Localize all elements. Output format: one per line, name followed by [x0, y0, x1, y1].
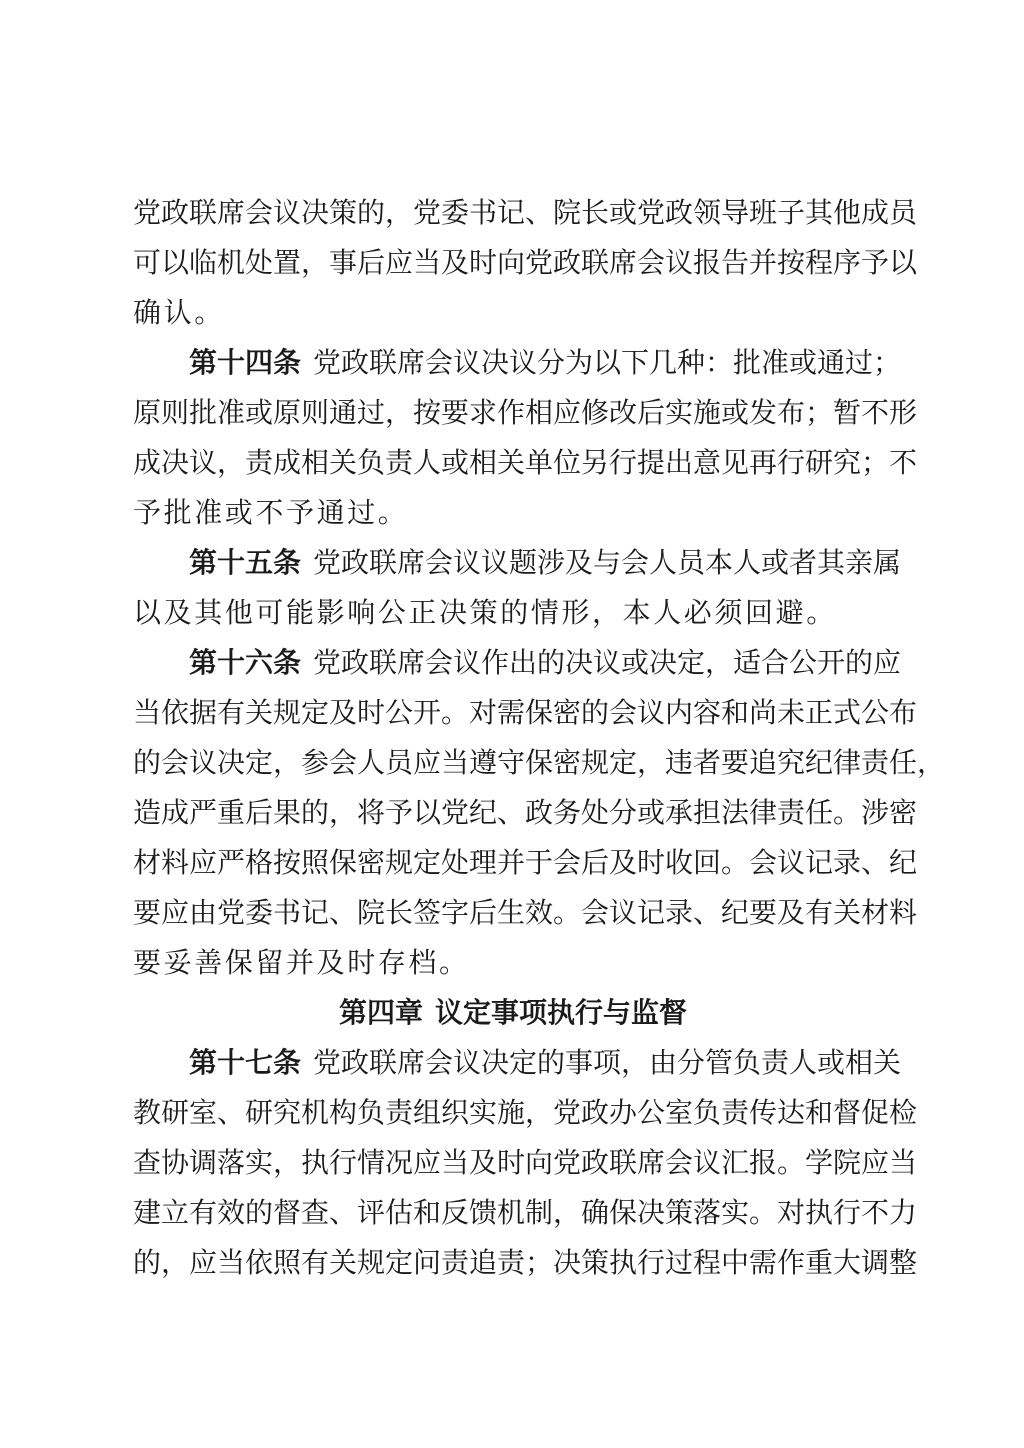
article-text: 党政联席会议决定的事项，由分管负责人或相关 [313, 1046, 901, 1079]
article-14: 第十四条党政联席会议决议分为以下几种：批准或通过； 原则批准或原则通过，按要求作… [133, 338, 893, 538]
text-line: 可以临机处置，事后应当及时向党政联席会议报告并按程序予以 [133, 238, 893, 288]
text-line: 第十五条党政联席会议议题涉及与会人员本人或者其亲属 [133, 538, 893, 588]
chapter-number: 第四章 [339, 996, 423, 1029]
article-17: 第十七条党政联席会议决定的事项，由分管负责人或相关 教研室、研究机构负责组织实施… [133, 1038, 893, 1288]
text-line: 材料应严格按照保密规定处理并于会后及时收回。会议记录、纪 [133, 838, 893, 888]
text-line: 确认。 [133, 288, 893, 338]
text-line: 建立有效的督查、评估和反馈机制，确保决策落实。对执行不力 [133, 1188, 893, 1238]
text-line: 造成严重后果的，将予以党纪、政务处分或承担法律责任。涉密 [133, 788, 893, 838]
article-15: 第十五条党政联席会议议题涉及与会人员本人或者其亲属 以及其他可能影响公正决策的情… [133, 538, 893, 638]
article-number: 第十四条 [189, 346, 301, 379]
text-line: 成决议，责成相关负责人或相关单位另行提出意见再行研究；不 [133, 438, 893, 488]
document-page: 党政联席会议决策的，党委书记、院长或党政领导班子其他成员 可以临机处置，事后应当… [133, 188, 893, 1288]
chapter-heading: 第四章议定事项执行与监督 [133, 988, 893, 1038]
text-line: 查协调落实，执行情况应当及时向党政联席会议汇报。学院应当 [133, 1138, 893, 1188]
text-line: 党政联席会议决策的，党委书记、院长或党政领导班子其他成员 [133, 188, 893, 238]
article-text: 党政联席会议决议分为以下几种：批准或通过； [313, 346, 901, 379]
article-text: 党政联席会议议题涉及与会人员本人或者其亲属 [313, 546, 901, 579]
text-line: 的，应当依照有关规定问责追责；决策执行过程中需作重大调整 [133, 1238, 893, 1288]
text-line: 予批准或不予通过。 [133, 488, 893, 538]
text-line: 第十七条党政联席会议决定的事项，由分管负责人或相关 [133, 1038, 893, 1088]
article-16: 第十六条党政联席会议作出的决议或决定，适合公开的应 当依据有关规定及时公开。对需… [133, 638, 893, 988]
text-line: 要妥善保留并及时存档。 [133, 938, 893, 988]
article-number: 第十七条 [189, 1046, 301, 1079]
article-number: 第十五条 [189, 546, 301, 579]
paragraph-continued: 党政联席会议决策的，党委书记、院长或党政领导班子其他成员 可以临机处置，事后应当… [133, 188, 893, 338]
text-line: 以及其他可能影响公正决策的情形，本人必须回避。 [133, 588, 893, 638]
text-line: 的会议决定，参会人员应当遵守保密规定，违者要追究纪律责任， [133, 738, 893, 788]
chapter-title: 议定事项执行与监督 [435, 996, 687, 1029]
text-line: 原则批准或原则通过，按要求作相应修改后实施或发布；暂不形 [133, 388, 893, 438]
text-line: 要应由党委书记、院长签字后生效。会议记录、纪要及有关材料 [133, 888, 893, 938]
text-line: 第十四条党政联席会议决议分为以下几种：批准或通过； [133, 338, 893, 388]
article-number: 第十六条 [189, 646, 301, 679]
text-line: 第十六条党政联席会议作出的决议或决定，适合公开的应 [133, 638, 893, 688]
text-line: 当依据有关规定及时公开。对需保密的会议内容和尚未正式公布 [133, 688, 893, 738]
text-line: 教研室、研究机构负责组织实施，党政办公室负责传达和督促检 [133, 1088, 893, 1138]
article-text: 党政联席会议作出的决议或决定，适合公开的应 [313, 646, 901, 679]
